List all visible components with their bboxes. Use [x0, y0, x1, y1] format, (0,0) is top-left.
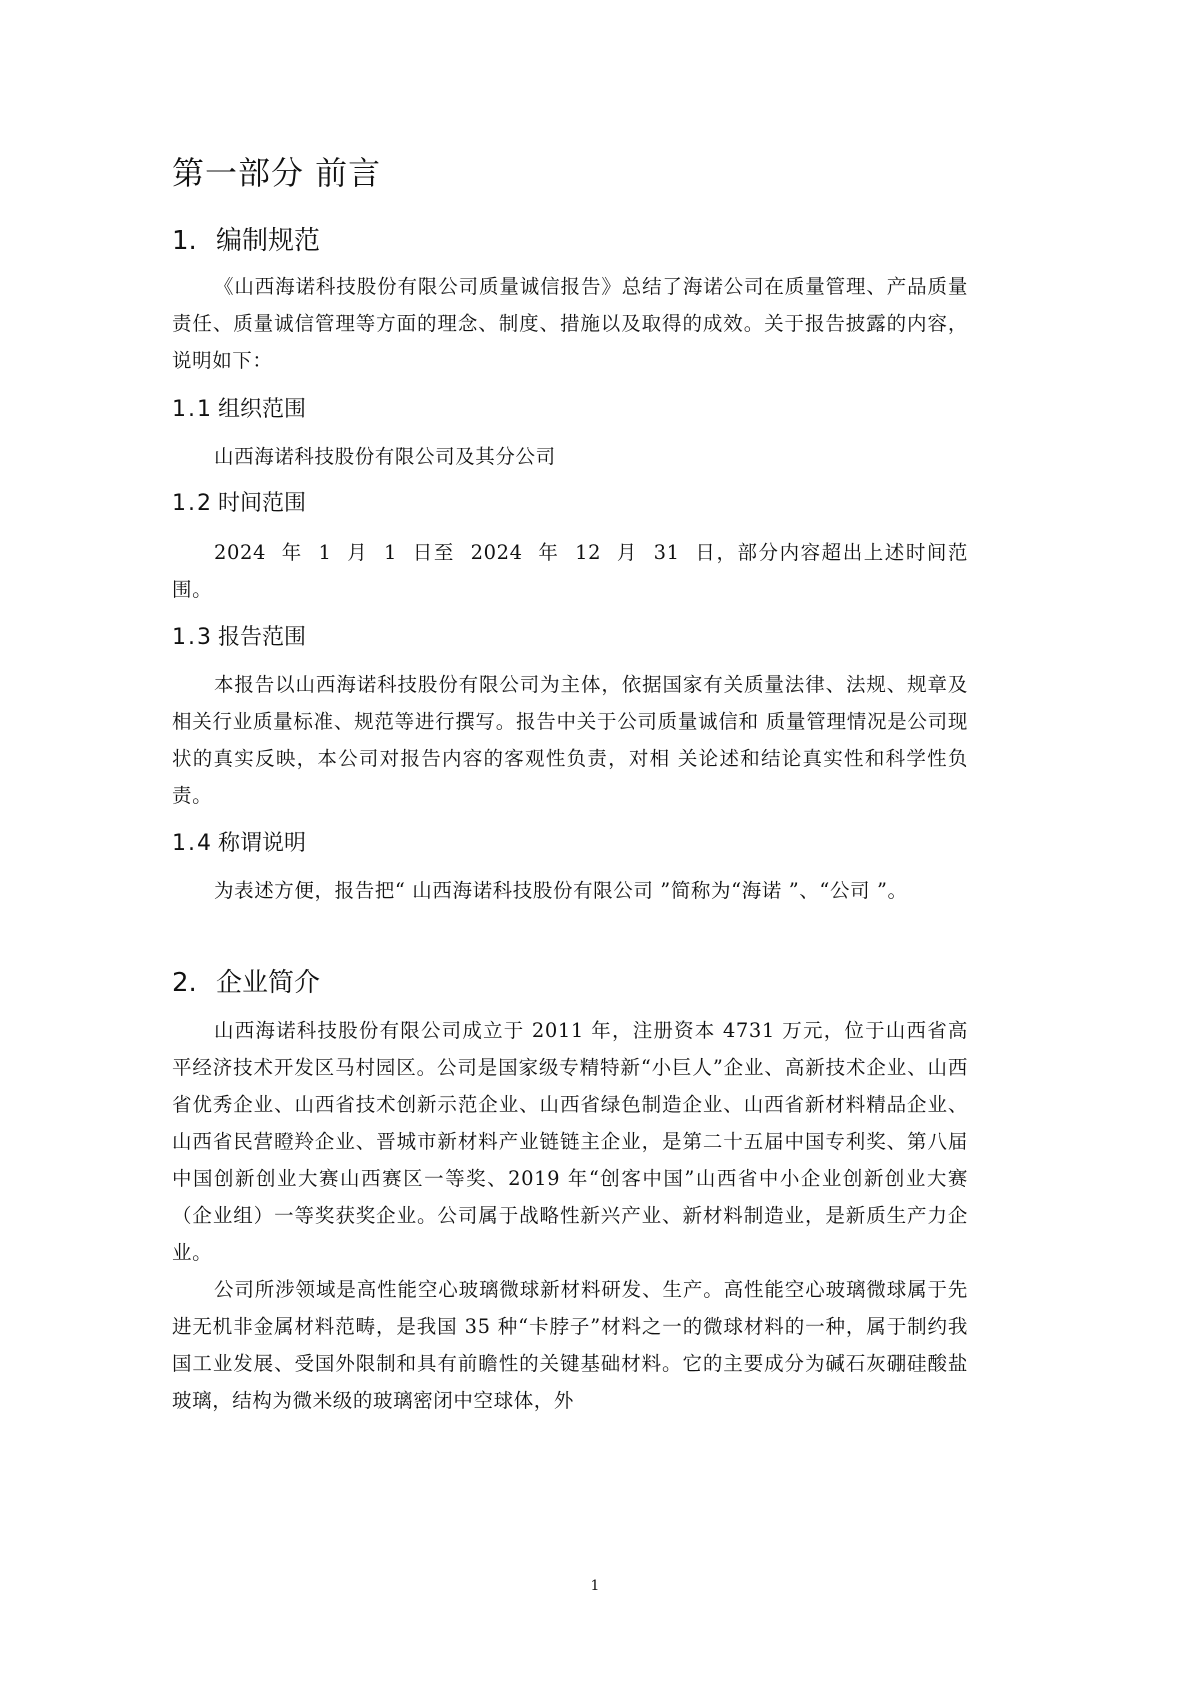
section-number: 2.: [172, 968, 216, 998]
subsection-1-4-body: 为表述方便，报告把“ 山西海诺科技股份有限公司 ”简称为“海诺 ”、“公司 ”。: [172, 872, 968, 909]
subsection-title: 称谓说明: [218, 831, 306, 856]
subsection-title: 报告范围: [218, 625, 306, 650]
subsection-number: 1.2: [172, 491, 218, 516]
subsection-number: 1.4: [172, 831, 218, 856]
part-title: 第一部分 前言: [172, 148, 381, 194]
subsection-heading-1-2: 1.2时间范围: [172, 486, 306, 517]
subsection-1-1-body: 山西海诺科技股份有限公司及其分公司: [172, 438, 968, 475]
company-intro-paragraph-2: 公司所涉领域是高性能空心玻璃微球新材料研发、生产。高性能空心玻璃微球属于先进无机…: [172, 1271, 968, 1419]
subsection-title: 组织范围: [218, 397, 306, 422]
page-number: 1: [0, 1578, 1190, 1594]
section-heading-1: 1.编制规范: [172, 220, 320, 257]
subsection-1-2-body: 2024 年 1 月 1 日至 2024 年 12 月 31 日，部分内容超出上…: [172, 534, 968, 608]
section-title: 企业简介: [216, 968, 320, 998]
subsection-number: 1.3: [172, 625, 218, 650]
subsection-1-3-body: 本报告以山西海诺科技股份有限公司为主体，依据国家有关质量法律、法规、规章及相关行…: [172, 666, 968, 814]
company-intro-paragraph-1: 山西海诺科技股份有限公司成立于 2011 年，注册资本 4731 万元，位于山西…: [172, 1012, 968, 1271]
section-1-intro: 《山西海诺科技股份有限公司质量诚信报告》总结了海诺公司在质量管理、产品质量责任、…: [172, 268, 968, 379]
section-title: 编制规范: [216, 226, 320, 256]
subsection-number: 1.1: [172, 397, 218, 422]
section-heading-2: 2.企业简介: [172, 962, 320, 999]
section-number: 1.: [172, 226, 216, 256]
subsection-heading-1-1: 1.1组织范围: [172, 392, 306, 423]
subsection-title: 时间范围: [218, 491, 306, 516]
subsection-heading-1-4: 1.4称谓说明: [172, 826, 306, 857]
document-page: 第一部分 前言 1.编制规范 《山西海诺科技股份有限公司质量诚信报告》总结了海诺…: [0, 0, 1190, 1683]
subsection-heading-1-3: 1.3报告范围: [172, 620, 306, 651]
